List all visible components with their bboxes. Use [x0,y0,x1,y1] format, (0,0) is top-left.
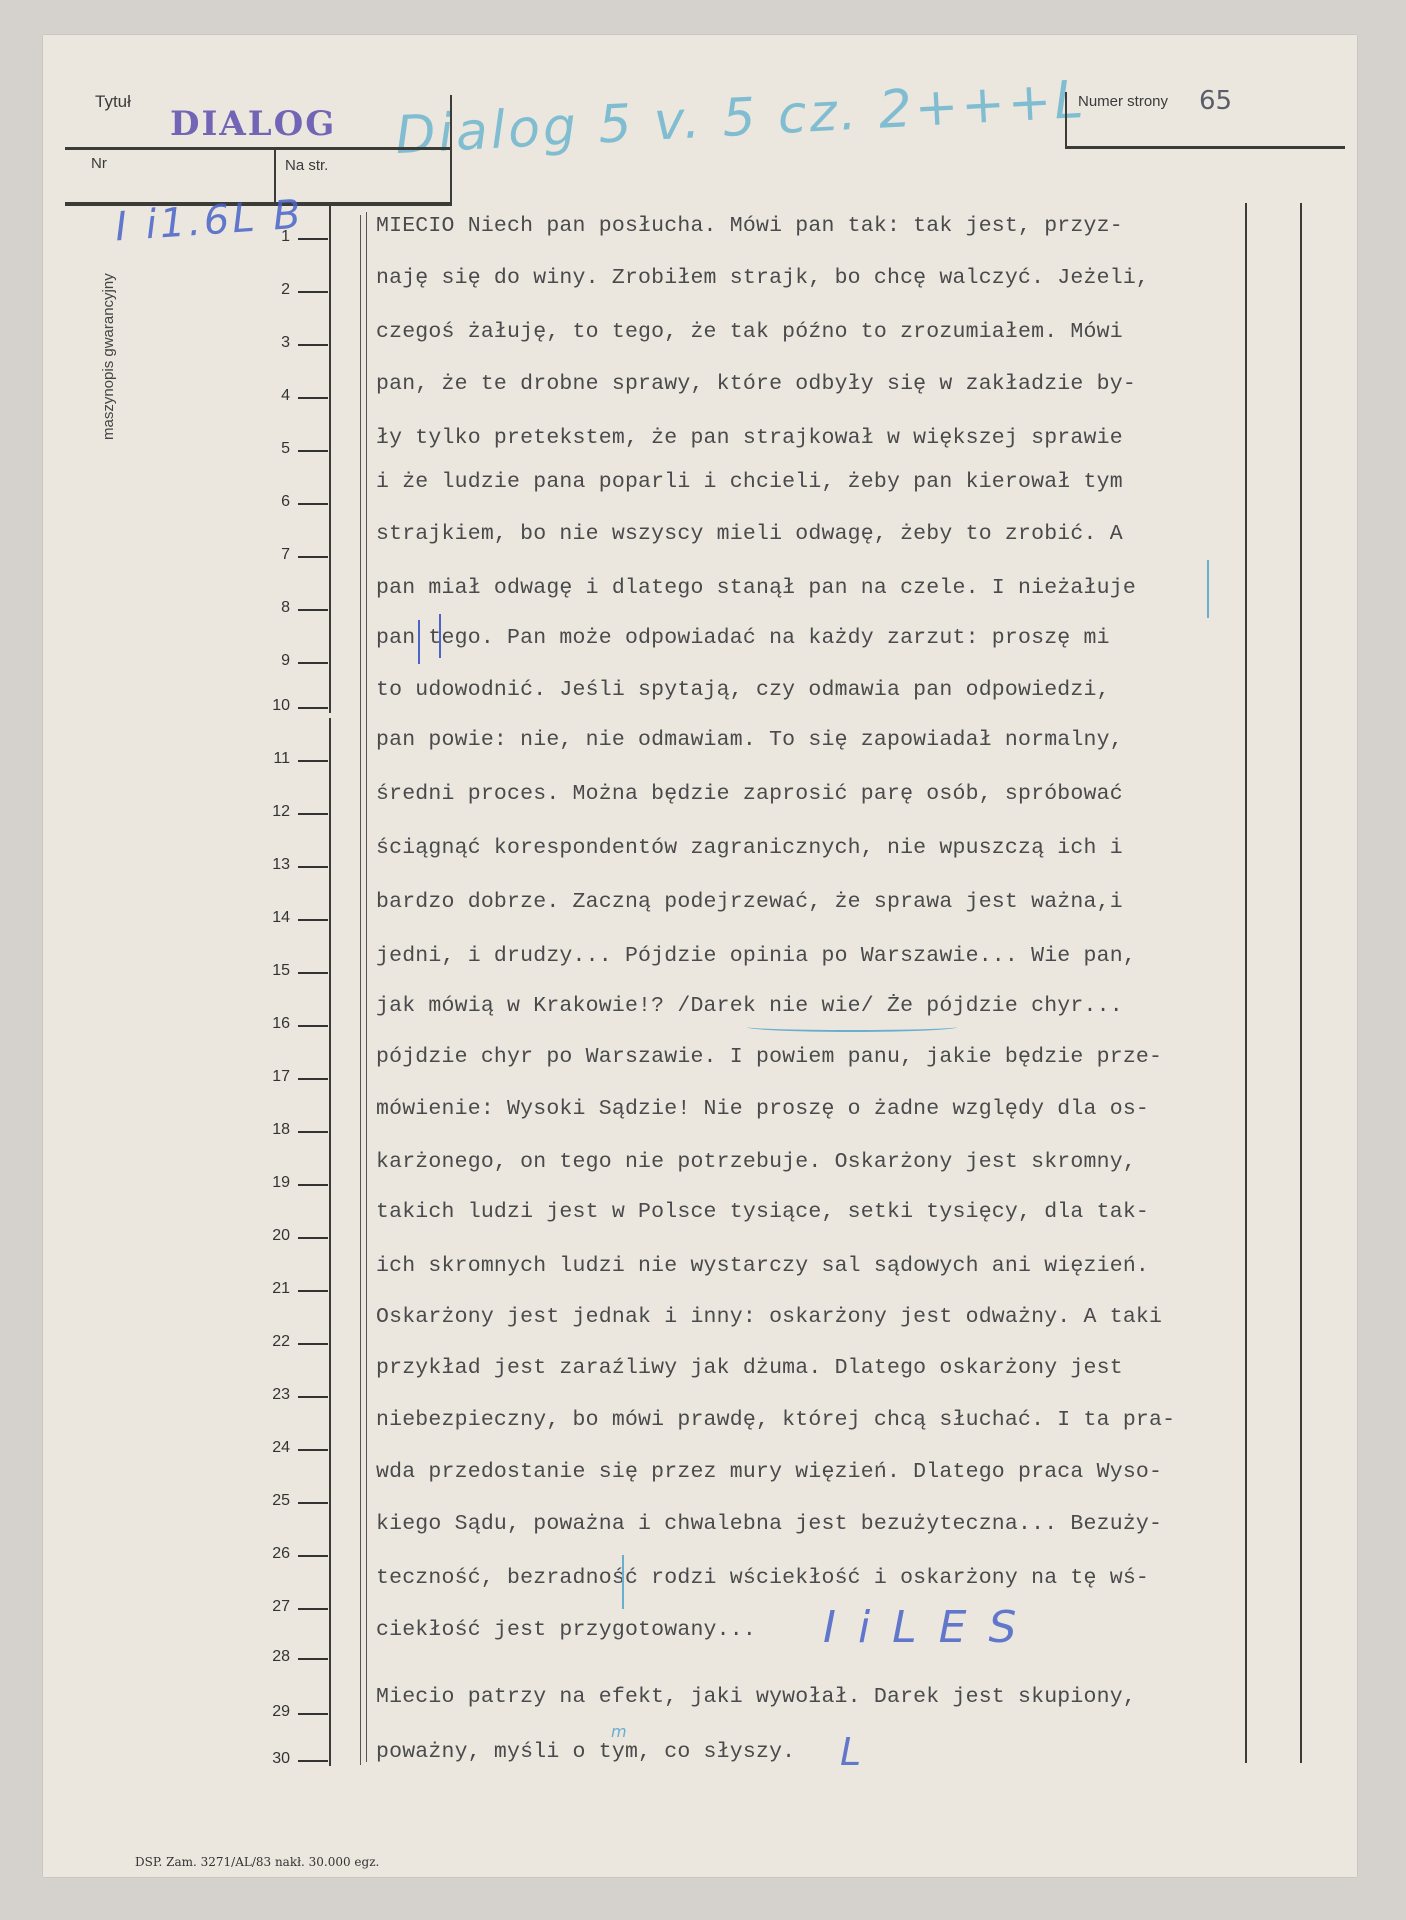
typed-line: karżonego, on tego nie potrzebuje. Oskar… [376,1150,1316,1174]
line-number: 26 [255,1545,290,1563]
end-mark: L [840,1730,861,1774]
typed-line: średni proces. Można będzie zaprosić par… [376,782,1316,806]
line-number: 3 [255,334,290,352]
line-number: 2 [255,281,290,299]
line-number: 27 [255,1598,290,1616]
line-number: 16 [255,1015,290,1033]
typed-line: takich ludzi jest w Polsce tysiące, setk… [376,1200,1316,1224]
line-number: 20 [255,1227,290,1245]
margin-double-line-right [366,212,367,1762]
line-number: 29 [255,1703,290,1721]
line-number: 21 [255,1280,290,1298]
correction-letter: m [611,1722,627,1741]
wavy-underline-mark [747,1022,957,1032]
typed-line: jedni, i drudzy... Pójdzie opinia po War… [376,944,1316,968]
line-number: 7 [255,546,290,564]
print-info-footer: DSP. Zam. 3271/AL/83 nakł. 30.000 egz. [135,1855,379,1869]
line-number: 22 [255,1333,290,1351]
line-number: 19 [255,1174,290,1192]
line-number: 14 [255,909,290,927]
word-join-mark [622,1555,624,1609]
typed-line: teczność, bezradność rodzi wściekłość i … [376,1566,1316,1590]
line-number: 23 [255,1386,290,1404]
typed-line: pójdzie chyr po Warszawie. I powiem panu… [376,1045,1316,1069]
line-number: 25 [255,1492,290,1510]
typed-line: pan miał odwagę i dlatego stanął pan na … [376,576,1316,600]
typed-line: naję się do winy. Zrobiłem strajk, bo ch… [376,266,1316,290]
line-number: 18 [255,1121,290,1139]
typed-line: niebezpieczny, bo mówi prawdę, której ch… [376,1408,1316,1432]
typed-line: przykład jest zaraźliwy jak dżuma. Dlate… [376,1356,1316,1380]
page-number-value: 65 [1199,86,1232,116]
line-number: 24 [255,1439,290,1457]
typed-line: mówienie: Wysoki Sądzie! Nie proszę o ża… [376,1097,1316,1121]
header-box-divider [450,95,452,205]
handwritten-line-note: I i L E S [823,1602,1020,1653]
line-number: 28 [255,1648,290,1666]
title-label: Tytuł [95,92,131,112]
typed-line: i że ludzie pana poparli i chcieli, żeby… [376,470,1316,494]
na-str-label: Na str. [285,157,328,174]
typed-line: Miecio patrzy na efekt, jaki wywołał. Da… [376,1685,1316,1709]
typed-line: ich skromnych ludzi nie wystarczy sal są… [376,1254,1316,1278]
typed-line: ściągnąć korespondentów zagranicznych, n… [376,836,1316,860]
word-split-mark [1207,560,1209,618]
typed-line: pan, że te drobne sprawy, które odbyły s… [376,372,1316,396]
side-label: maszynopis gwarancyjny [100,273,117,440]
page-number-box-rule [1065,146,1345,149]
line-number: 17 [255,1068,290,1086]
line-number: 10 [255,697,290,715]
line-number: 12 [255,803,290,821]
line-number: 5 [255,440,290,458]
ruler-line-upper [329,205,331,713]
typed-line: kiego Sądu, poważna i chwalebna jest bez… [376,1512,1316,1536]
title-stamp: DIALOG [170,104,336,144]
line-number: 6 [255,493,290,511]
header-rule-top [65,147,452,150]
typed-line: pan tego. Pan może odpowiadać na każdy z… [376,626,1316,650]
ruler-line-lower [329,718,331,1766]
line-number: 30 [255,1750,290,1768]
typed-line: czegoś żałuję, to tego, że tak późno to … [376,320,1316,344]
typed-line: ły tylko pretekstem, że pan strajkował w… [376,426,1316,450]
line-number: 13 [255,856,290,874]
typed-line: strajkiem, bo nie wszyscy mieli odwagę, … [376,522,1316,546]
line-number: 1 [255,228,290,246]
margin-double-line-left [360,215,361,1765]
line-number: 9 [255,652,290,670]
typed-line: to udowodnić. Jeśli spytają, czy odmawia… [376,678,1316,702]
typed-line: jak mówią w Krakowie!? /Darek nie wie/ Ż… [376,994,1316,1018]
typed-line: pan powie: nie, nie odmawiam. To się zap… [376,728,1316,752]
typed-line: Oskarżony jest jednak i inny: oskarżony … [376,1305,1316,1329]
typed-line: bardzo dobrze. Zaczną podejrzewać, że sp… [376,890,1316,914]
line-number: 15 [255,962,290,980]
line-number: 4 [255,387,290,405]
nr-label: Nr [91,155,107,172]
typed-line: MIECIO Niech pan posłucha. Mówi pan tak:… [376,214,1316,238]
typed-line: wda przedostanie się przez mury więzień.… [376,1460,1316,1484]
page-number-label: Numer strony [1078,93,1168,110]
line-number: 11 [255,750,290,768]
deletion-mark [439,614,441,658]
page-number-box-left [1065,92,1067,148]
line-number: 8 [255,599,290,617]
deletion-mark [418,620,420,664]
